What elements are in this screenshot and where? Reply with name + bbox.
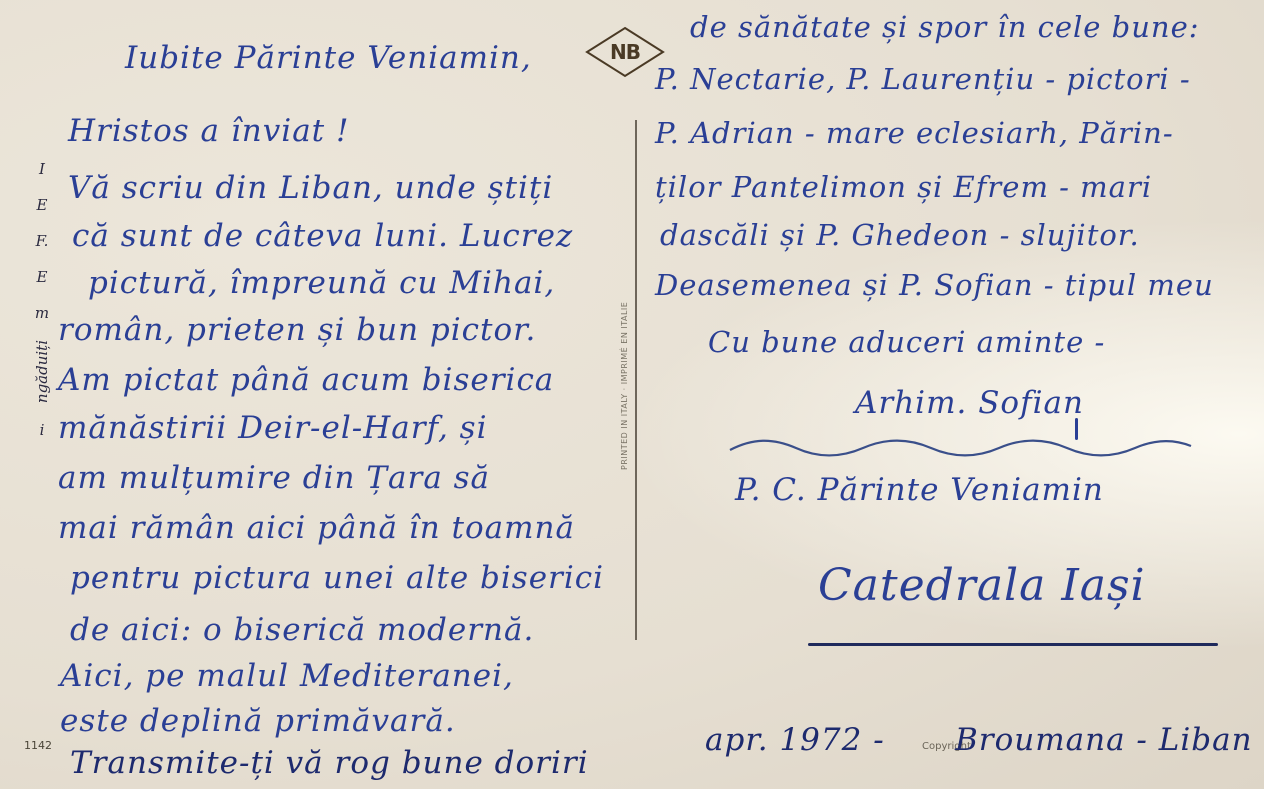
wavy-separator-line [728, 436, 1193, 460]
place-line: Broumana - Liban [955, 722, 1253, 758]
destination-address: Catedrala Iași [818, 560, 1146, 611]
margin-note-char: E [37, 196, 48, 214]
message-line: de aici: o biserică modernă. [70, 612, 534, 648]
message-line: Aici, pe malul Mediteranei, [60, 658, 514, 694]
center-divider-line [635, 120, 637, 640]
message-line: Am pictat până acum biserica [58, 362, 554, 398]
message-line: am mulțumire din Țara să [58, 460, 490, 496]
date-line: apr. 1972 - [705, 722, 885, 758]
continuation-line: P. Nectarie, P. Laurențiu - pictori - [655, 62, 1191, 96]
continuation-line: Deasemenea și P. Sofian - tipul meu [655, 268, 1214, 302]
continuation-line: dascăli și P. Ghedeon - slujitor. [660, 218, 1140, 252]
continuation-line: P. Adrian - mare eclesiarh, Părin- [655, 116, 1174, 150]
margin-note-char: i [40, 421, 45, 439]
message-line: pentru pictura unei alte biserici [70, 560, 604, 596]
greeting: Iubite Părinte Veniamin, [125, 40, 532, 76]
message-line: că sunt de câteva luni. Lucrez [72, 218, 573, 254]
publisher-logo: NB [585, 26, 665, 78]
message-line: mai rămân aici până în toamnă [58, 510, 575, 546]
margin-note-word: ngăduiți [33, 340, 51, 403]
margin-note-char: I [39, 160, 45, 178]
card-number: 1142 [24, 739, 52, 752]
message-line: Transmite-ți vă rog bune doriri [70, 745, 589, 781]
closing-line: Cu bune aduceri aminte - [708, 325, 1105, 359]
margin-note-char: m [35, 304, 49, 322]
margin-note-char: E [37, 268, 48, 286]
recipient-address: P. C. Părinte Veniamin [735, 472, 1104, 508]
message-line: român, prieten și bun pictor. [58, 312, 536, 348]
margin-note-char: F. [36, 232, 49, 250]
publisher-logo-text: NB [585, 26, 665, 78]
continuation-line: de sănătate și spor în cele bune: [690, 10, 1200, 44]
message-line: mănăstirii Deir-el-Harf, și [58, 410, 488, 446]
printed-in-italy-text: PRINTED IN ITALY · IMPRIMÉ EN ITALIE [620, 302, 629, 470]
message-line: Hristos a înviat ! [68, 113, 349, 149]
address-underline [808, 643, 1218, 646]
postcard-back: NB PRINTED IN ITALY · IMPRIMÉ EN ITALIE … [0, 0, 1264, 789]
continuation-line: ților Pantelimon și Efrem - mari [655, 170, 1152, 204]
signature: Arhim. Sofian [855, 385, 1084, 421]
message-line: Vă scriu din Liban, unde știți [68, 170, 553, 206]
message-line: este deplină primăvară. [60, 703, 456, 739]
signature-stroke [1075, 418, 1078, 440]
message-line: pictură, împreună cu Mihai, [88, 265, 555, 301]
margin-note: I E F. E m ngăduiți i [30, 160, 54, 439]
